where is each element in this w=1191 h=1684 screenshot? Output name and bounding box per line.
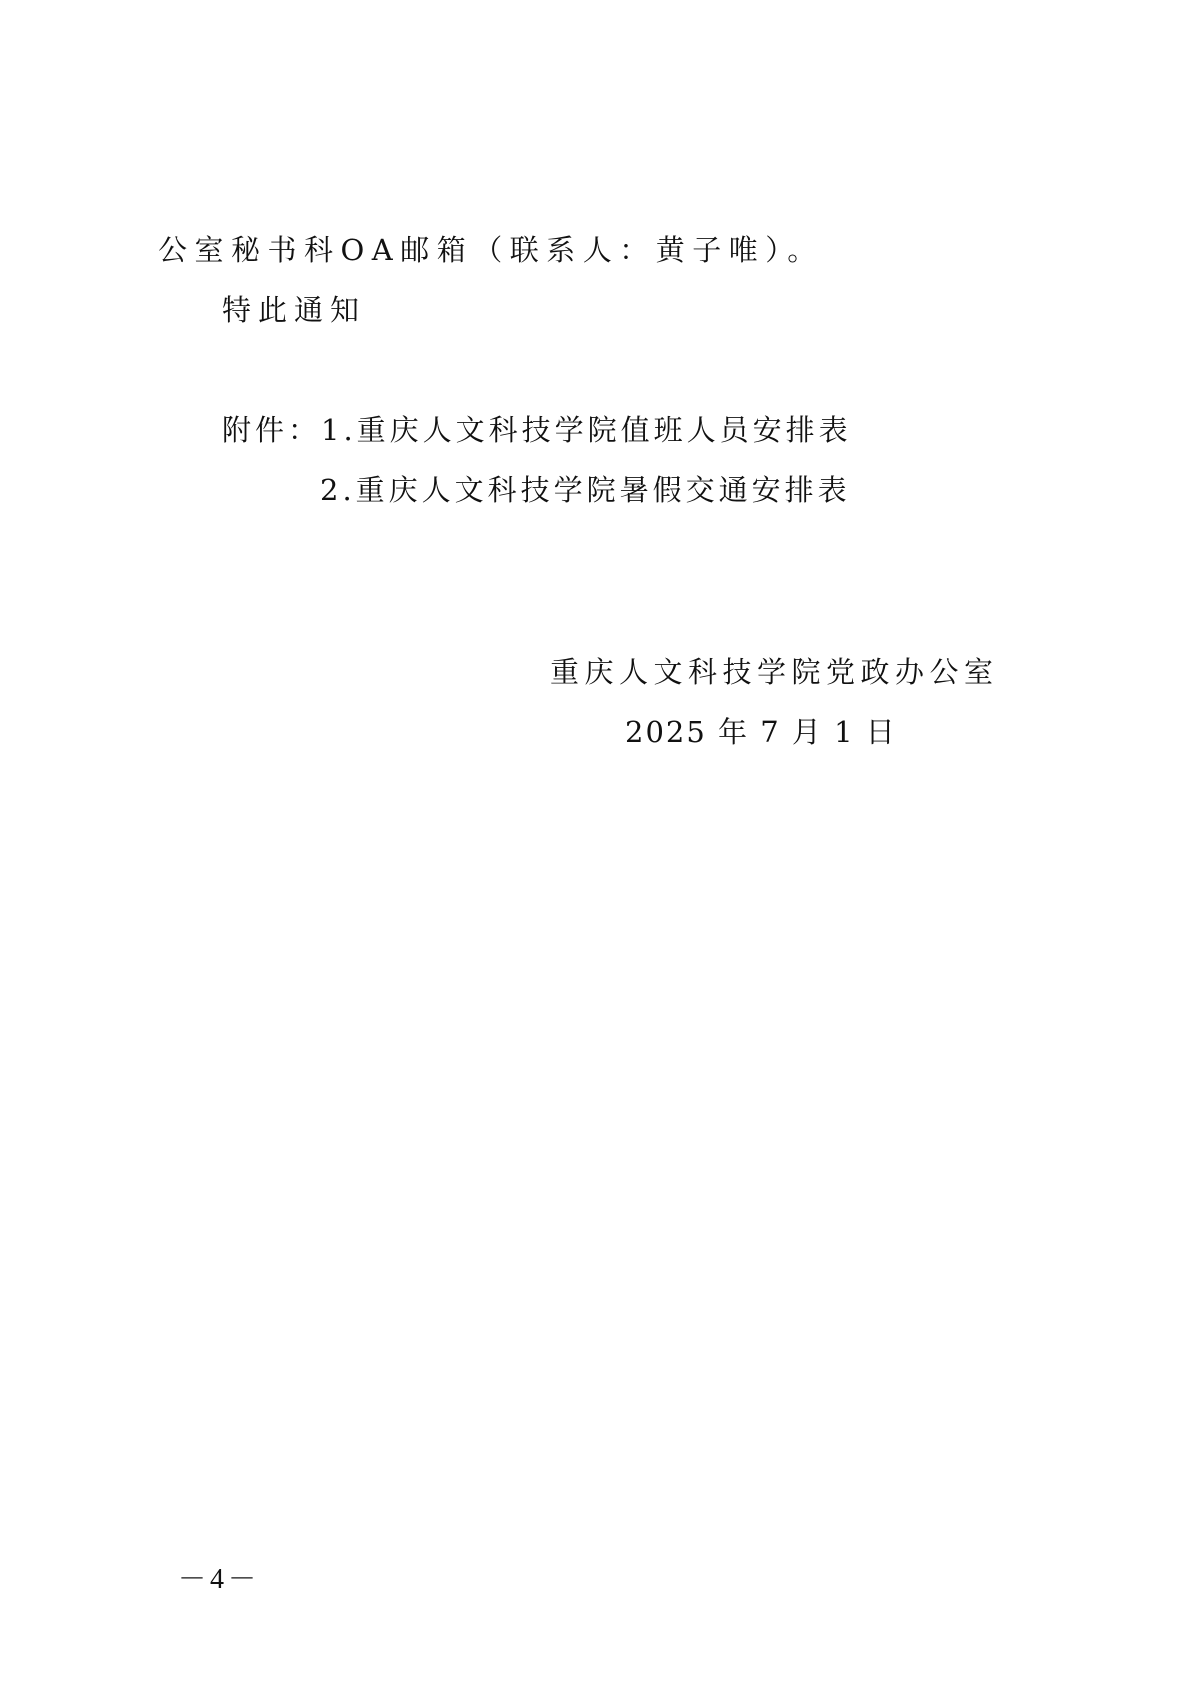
signature-date: 2025 年 7 月 1 日 [625,712,897,752]
body-text-contact-line: 公室秘书科OA邮箱（联系人：黄子唯）。 [158,230,824,270]
attachment-item-2: 2.重庆人文科技学院暑假交通安排表 [320,470,851,510]
body-text-closing: 特此通知 [222,290,366,330]
attachment-label: 附件： [222,413,321,447]
attachment-item-1-text: 1.重庆人文科技学院值班人员安排表 [321,413,852,447]
attachment-item-1: 附件：1.重庆人文科技学院值班人员安排表 [222,410,852,450]
signature-issuer: 重庆人文科技学院党政办公室 [550,652,999,692]
page-number: －4－ [178,1562,260,1598]
